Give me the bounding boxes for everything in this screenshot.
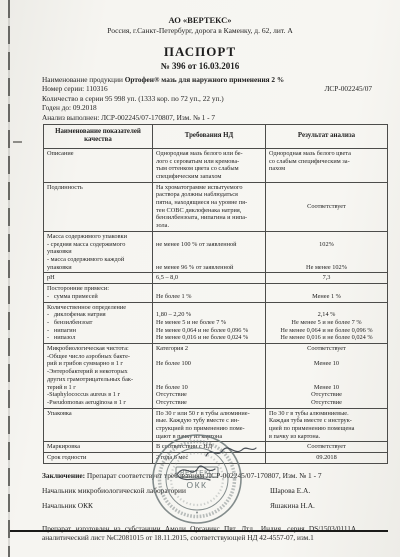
- cell-name: Масса содержимого упаковки - средняя мас…: [44, 231, 153, 273]
- quality-indicators-table: Наименование показателей качества Требов…: [43, 124, 388, 464]
- cell-result: Однородная мазь белого цвета со слабым с…: [266, 148, 388, 182]
- cell-requirement: не менее 100 % от заявленной не менее 96…: [153, 231, 266, 273]
- table-row-authenticity: Подлинность На хроматограмме испытуемого…: [44, 182, 388, 231]
- series-line: Номер серии: 110316 ЛСР-002245/07: [42, 84, 372, 93]
- cell-name: Описание: [44, 148, 153, 182]
- cell-name: Срок годности: [44, 453, 153, 464]
- substance-note: Препарат изготовлен из субстанции Амоли …: [42, 524, 358, 543]
- header-analysis-result: Результат анализа: [266, 125, 388, 149]
- cell-requirement: По 30 г или 50 г в тубы алюминие- вые. К…: [153, 408, 266, 442]
- signature-row-micro-lab: Начальник микробиологической лаборатории…: [42, 486, 372, 495]
- conclusion-label: Заключение:: [42, 471, 85, 480]
- table-row-shelf-life: Срок годности 2 года 6 мес 09.2018: [44, 453, 388, 464]
- table-row-ph: pH 6,5 – 8,0 7,3: [44, 273, 388, 284]
- table-header-row: Наименование показателей качества Требов…: [44, 125, 388, 149]
- table-row-description: Описание Однородная мазь белого или бе- …: [44, 148, 388, 182]
- signer-title: Начальник микробиологической лаборатории: [42, 486, 270, 495]
- cell-name: Маркировка: [44, 442, 153, 453]
- table-row-content-mass: Масса содержимого упаковки - средняя мас…: [44, 231, 388, 273]
- table-row-packaging: Упаковка По 30 г или 50 г в тубы алюмини…: [44, 408, 388, 442]
- passport-document-page: АО «ВЕРТЕКС» Россия, г.Санкт-Петербург, …: [0, 0, 400, 557]
- cell-requirement: 1,80 – 2,20 % Не менее 5 и не более 7 % …: [153, 302, 266, 344]
- cell-name: Микробиологическая чистота: -Общее число…: [44, 344, 153, 409]
- cell-result: Соответствует: [266, 442, 388, 453]
- quantity-line: Количество в серии 95 998 уп. (1333 кор.…: [42, 94, 372, 103]
- signer-title: Начальник ОКК: [42, 501, 270, 510]
- cell-result: 7,3: [266, 273, 388, 284]
- header-quality-indicators: Наименование показателей качества: [44, 125, 153, 149]
- table-row-microbiological-purity: Микробиологическая чистота: -Общее число…: [44, 344, 388, 409]
- cell-requirement: Однородная мазь белого или бе- лого с се…: [153, 148, 266, 182]
- organization-name: АО «ВЕРТЕКС»: [0, 15, 400, 25]
- analysis-line: Анализ выполнен: ЛСР-002245/07-170807, И…: [42, 113, 372, 122]
- product-label: Наименование продукции: [42, 75, 125, 84]
- conclusion-line: Заключение: Препарат соответствует требо…: [42, 471, 372, 480]
- document-info-block: Наименование продукции Ортофен® мазь для…: [42, 75, 372, 122]
- series-number: Номер серии: 110316: [42, 84, 108, 93]
- table-row-assay: Количественное определение - диклофенак …: [44, 302, 388, 344]
- product-name-line: Наименование продукции Ортофен® мазь для…: [42, 75, 372, 84]
- cell-requirement: Категория 2 Не более 100 Не более 10 Отс…: [153, 344, 266, 409]
- cell-result: Менее 1 %: [266, 284, 388, 302]
- registration-number: ЛСР-002245/07: [324, 84, 372, 93]
- cell-result: 102% Не менее 102%: [266, 231, 388, 273]
- conclusion-text: Препарат соответствует требованиям ЛСР-0…: [85, 471, 322, 480]
- document-number: № 396 от 16.03.2016: [0, 61, 400, 71]
- signer-name: Яшакина Н.А.: [270, 501, 315, 510]
- cell-requirement: В соответствии с НД: [153, 442, 266, 453]
- cell-name: Количественное определение - диклофенак …: [44, 302, 153, 344]
- cell-result: Соответствует: [266, 182, 388, 231]
- signature-row-okk: Начальник ОКК Яшакина Н.А.: [42, 501, 372, 510]
- cell-name: pH: [44, 273, 153, 284]
- expiry-line: Годен до: 09.2018: [42, 103, 372, 112]
- cell-name: Упаковка: [44, 408, 153, 442]
- bottom-rule: [10, 530, 388, 532]
- product-name: Ортофен® мазь для наружного применения 2…: [125, 75, 284, 84]
- cell-name: Подлинность: [44, 182, 153, 231]
- cell-name: Посторонние примеси: - сумма примесей: [44, 284, 153, 302]
- cell-result: 09.2018: [266, 453, 388, 464]
- cell-requirement: Не более 1 %: [153, 284, 266, 302]
- cell-result: Соответствует Менее 10 Менее 10 Отсутств…: [266, 344, 388, 409]
- scan-margin-mark: [13, 141, 22, 143]
- cell-requirement: На хроматограмме испытуемого раствора до…: [153, 182, 266, 231]
- cell-requirement: 2 года 6 мес: [153, 453, 266, 464]
- cell-requirement: 6,5 – 8,0: [153, 273, 266, 284]
- document-header: АО «ВЕРТЕКС» Россия, г.Санкт-Петербург, …: [0, 0, 400, 71]
- table-row-labelling: Маркировка В соответствии с НД Соответст…: [44, 442, 388, 453]
- document-title: ПАСПОРТ: [0, 44, 400, 60]
- cell-result: По 30 г в тубы алюминиевые. Каждая туба …: [266, 408, 388, 442]
- cell-result: 2,14 % Не менее 5 и не более 7 % Не мене…: [266, 302, 388, 344]
- table-row-impurities: Посторонние примеси: - сумма примесей Не…: [44, 284, 388, 302]
- signer-name: Шарова Е.А.: [270, 486, 310, 495]
- scan-edge-artifact: [8, 0, 10, 557]
- header-nd-requirements: Требования НД: [153, 125, 266, 149]
- organization-address: Россия, г.Санкт-Петербург, дорога в Каме…: [0, 26, 400, 35]
